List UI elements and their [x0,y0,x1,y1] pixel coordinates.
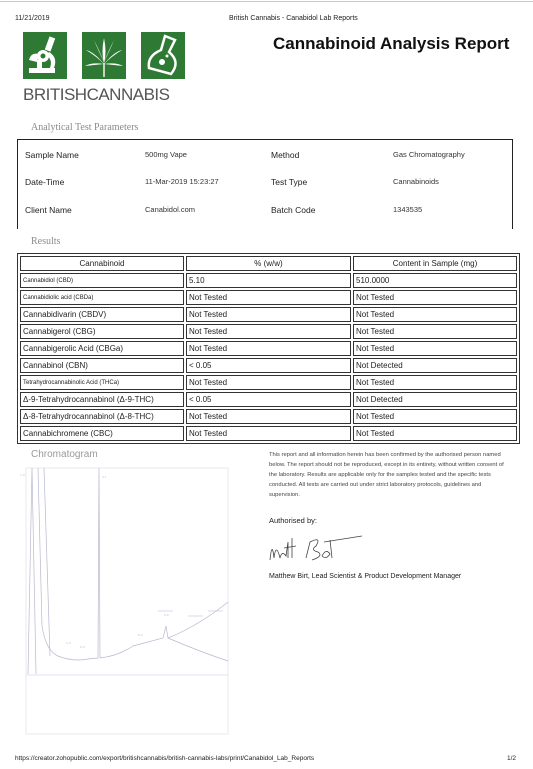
percent-ww: Not Tested [186,409,351,424]
results-row: Cannabidiolic acid (CBDa)Not TestedNot T… [20,290,517,305]
results-row: Cannabigerol (CBG)Not TestedNot Tested [20,324,517,339]
param-label: Batch Code [271,205,315,215]
chromatogram-title: Chromatogram [31,449,98,460]
results-row: Cannabidivarin (CBDV)Not TestedNot Teste… [20,307,517,322]
results-row: Cannabigerolic Acid (CBGa)Not TestedNot … [20,341,517,356]
results-header-row: Cannabinoid % (w/w) Content in Sample (m… [20,256,517,271]
percent-ww: Not Tested [186,307,351,322]
svg-text:1.0: 1.0 [20,473,25,477]
test-parameters-panel: Sample Name 500mg Vape Method Gas Chroma… [17,139,513,229]
param-label: Sample Name [25,150,79,160]
param-value: 11-Mar-2019 15:23:27 [145,177,219,186]
content-mg: Not Tested [353,324,517,339]
param-label: Client Name [25,205,72,215]
print-page-title: British Cannabis - Canabidol Lab Reports [229,15,358,22]
content-mg: Not Tested [353,307,517,322]
param-row: Sample Name 500mg Vape Method Gas Chroma… [18,150,512,164]
cannabinoid-name: Δ-9-Tetrahydrocannabinol (Δ-9-THC) [20,392,184,407]
report-title: Cannabinoid Analysis Report [273,34,509,54]
authorised-by-label: Authorised by: [269,516,317,525]
percent-ww: Not Tested [186,375,351,390]
content-mg: Not Tested [353,375,517,390]
results-row: Δ-8-Tetrahydrocannabinol (Δ-8-THC)Not Te… [20,409,517,424]
param-label: Test Type [271,177,307,187]
results-row: Cannabinol (CBN)< 0.05Not Detected [20,358,517,373]
percent-ww: Not Tested [186,341,351,356]
content-mg: Not Tested [353,290,517,305]
cannabinoid-name: Cannabinol (CBN) [20,358,184,373]
param-value: 1343535 [393,205,422,214]
percent-ww: Not Tested [186,324,351,339]
cannabinoid-name: Δ-8-Tetrahydrocannabinol (Δ-8-THC) [20,409,184,424]
param-value: Cannabinoids [393,177,439,186]
cannabinoid-name: Cannabidivarin (CBDV) [20,307,184,322]
british-cannabis-logo: BRITISHCANNABIS [23,32,185,107]
results-section-title: Results [31,236,60,247]
cannabinoid-name: Cannabidiol (CBD) [20,273,184,288]
results-row: Δ-9-Tetrahydrocannabinol (Δ-9-THC)< 0.05… [20,392,517,407]
svg-text:4.1: 4.1 [102,475,107,479]
percent-ww: Not Tested [186,290,351,305]
cannabinoid-name: Tetrahydrocannabinolic Acid (THCa) [20,375,184,390]
param-row: Date-Time 11-Mar-2019 15:23:27 Test Type… [18,177,512,191]
signature-image [266,530,376,566]
column-header: % (w/w) [186,256,351,271]
chromatogram-plot: 1.0 4.1 5.3 6.0 8.2 9.6 [18,466,230,736]
svg-text:6.0: 6.0 [80,645,85,649]
param-value: Canabidol.com [145,205,195,214]
results-row: Cannabidiol (CBD)5.10510.0000 [20,273,517,288]
svg-text:5.3: 5.3 [66,641,71,645]
cannabinoid-name: Cannabigerol (CBG) [20,324,184,339]
results-row: Tetrahydrocannabinolic Acid (THCa)Not Te… [20,375,517,390]
svg-text:8.2: 8.2 [138,633,143,637]
column-header: Cannabinoid [20,256,184,271]
param-row: Client Name Canabidol.com Batch Code 134… [18,205,512,219]
content-mg: Not Detected [353,392,517,407]
parameters-section-title: Analytical Test Parameters [31,122,138,133]
print-page-number: 1/2 [507,755,516,762]
top-border [0,1,533,2]
content-mg: Not Tested [353,341,517,356]
content-mg: Not Detected [353,358,517,373]
print-footer-url: https://creator.zohopublic.com/export/br… [15,755,314,762]
percent-ww: Not Tested [186,426,351,441]
flask-icon [141,32,185,79]
percent-ww: < 0.05 [186,358,351,373]
param-label: Method [271,150,299,160]
results-table: Cannabinoid % (w/w) Content in Sample (m… [17,253,520,444]
cannabis-leaf-icon [82,32,126,79]
percent-ww: 5.10 [186,273,351,288]
microscope-icon [23,32,67,79]
param-label: Date-Time [25,177,64,187]
svg-text:9.6: 9.6 [164,613,169,617]
content-mg: Not Tested [353,409,517,424]
cannabinoid-name: Cannabichromene (CBC) [20,426,184,441]
content-mg: 510.0000 [353,273,517,288]
content-mg: Not Tested [353,426,517,441]
brand-wordmark: BRITISHCANNABIS [23,85,169,105]
print-date: 11/21/2019 [15,15,50,22]
cannabinoid-name: Cannabigerolic Acid (CBGa) [20,341,184,356]
param-value: 500mg Vape [145,150,187,159]
signer-name: Matthew Birt, Lead Scientist & Product D… [269,573,461,580]
cannabinoid-name: Cannabidiolic acid (CBDa) [20,290,184,305]
percent-ww: < 0.05 [186,392,351,407]
param-value: Gas Chromatography [393,150,465,159]
results-row: Cannabichromene (CBC)Not TestedNot Teste… [20,426,517,441]
disclaimer-text: This report and all information herein h… [269,450,507,500]
column-header: Content in Sample (mg) [353,256,517,271]
